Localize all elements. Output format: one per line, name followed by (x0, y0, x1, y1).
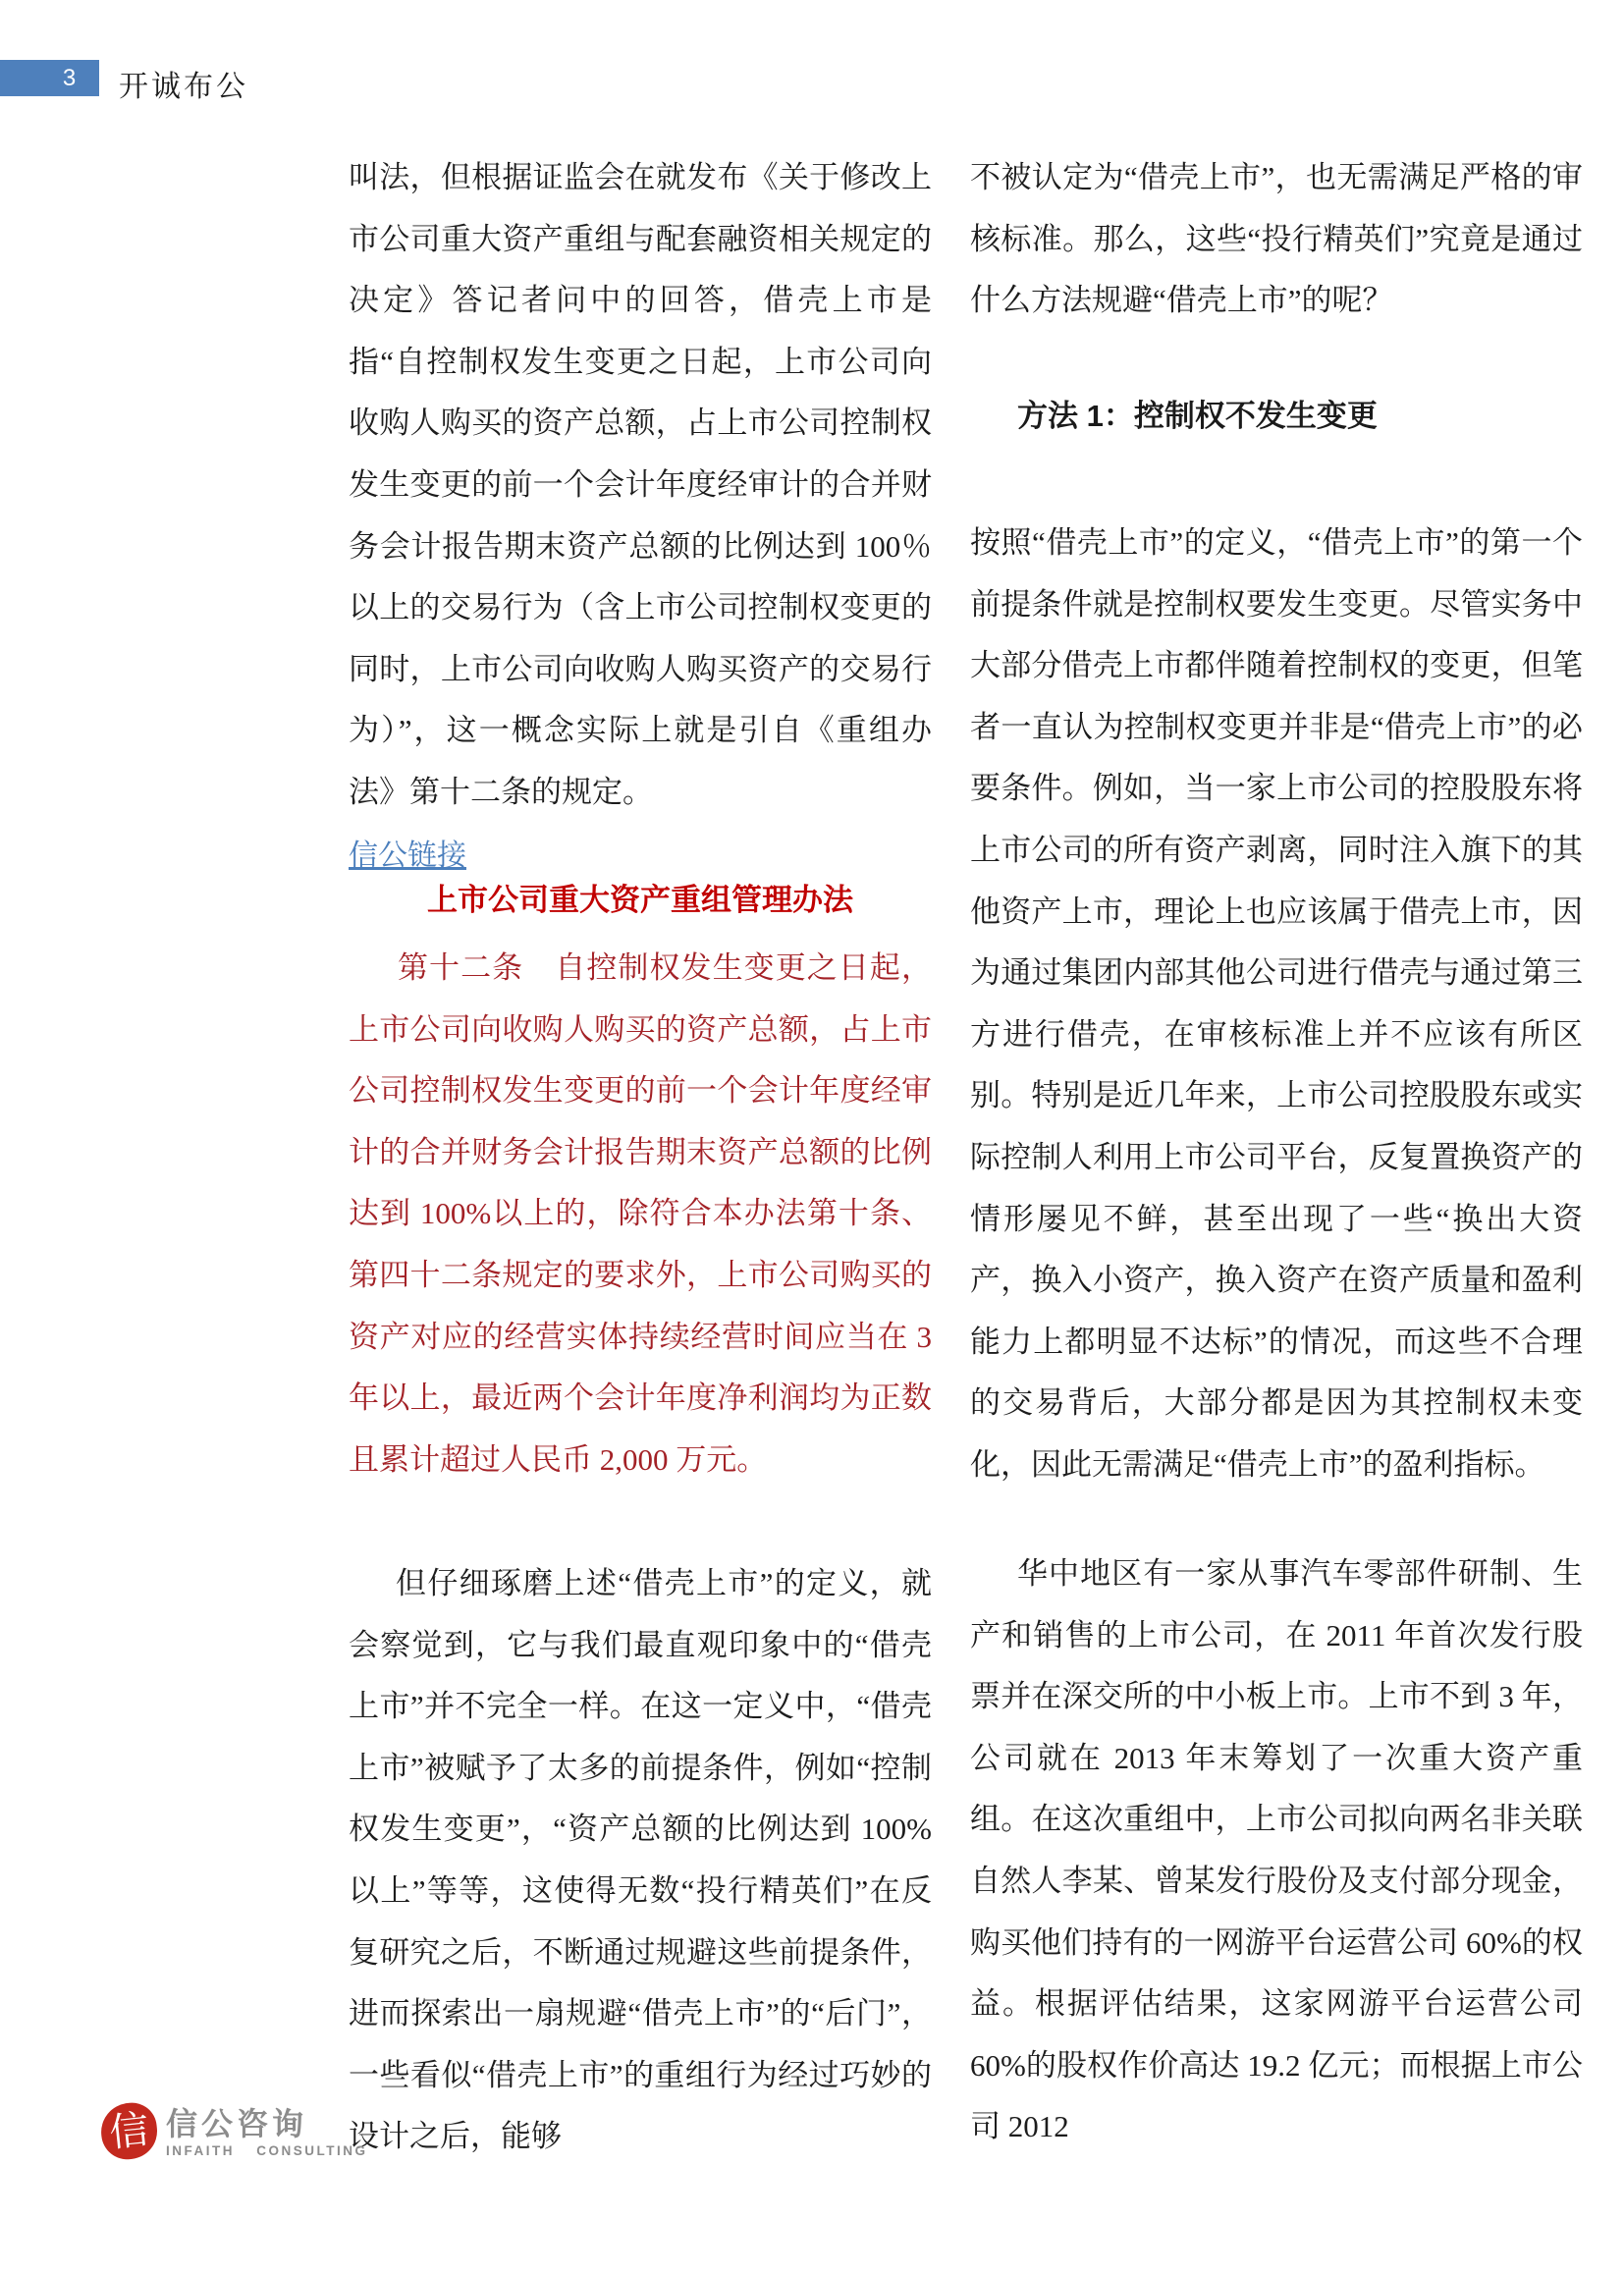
regulation-title: 上市公司重大资产重组管理办法 (349, 881, 932, 920)
left-paragraph-analysis: 但仔细琢磨上述“借壳上市”的定义，就会察觉到，它与我们最直观印象中的“借壳上市”… (349, 1553, 932, 2168)
right-paragraph-case: 华中地区有一家从事汽车零部件研制、生产和销售的上市公司，在 2011 年首次发行… (970, 1543, 1583, 2158)
page-header-title: 开诚布公 (119, 62, 248, 105)
left-paragraph-definition: 叫法，但根据证监会在就发布《关于修改上市公司重大资产重组与配套融资相关规定的决定… (349, 147, 932, 824)
method-1-heading: 方法 1：控制权不发生变更 (970, 397, 1583, 436)
logo-name-english: INFAITH CONSULTING (166, 2143, 368, 2158)
infaith-seal-icon: 信 (98, 2100, 160, 2162)
page-number-badge: 3 (0, 60, 99, 96)
logo-name-chinese: 信公咨询 (166, 2107, 368, 2140)
right-paragraph-intro: 不被认定为“借壳上市”，也无需满足严格的审核标准。那么，这些“投行精英们”究竟是… (970, 147, 1583, 332)
page-number: 3 (63, 65, 76, 91)
right-paragraph-method-detail: 按照“借壳上市”的定义，“借壳上市”的第一个前提条件就是控制权要发生变更。尽管实… (970, 513, 1583, 1496)
logo-text-block: 信公咨询 INFAITH CONSULTING (166, 2103, 368, 2158)
xingong-link[interactable]: 信公链接 (349, 831, 466, 874)
document-page: 3 开诚布公 叫法，但根据证监会在就发布《关于修改上市公司重大资产重组与配套融资… (0, 0, 1624, 2274)
company-logo: 信 信公咨询 INFAITH CONSULTING (101, 2103, 368, 2159)
regulation-article-12-body: 第十二条 自控制权发生变更之日起，上市公司向收购人购买的资产总额，占上市公司控制… (349, 938, 932, 1490)
